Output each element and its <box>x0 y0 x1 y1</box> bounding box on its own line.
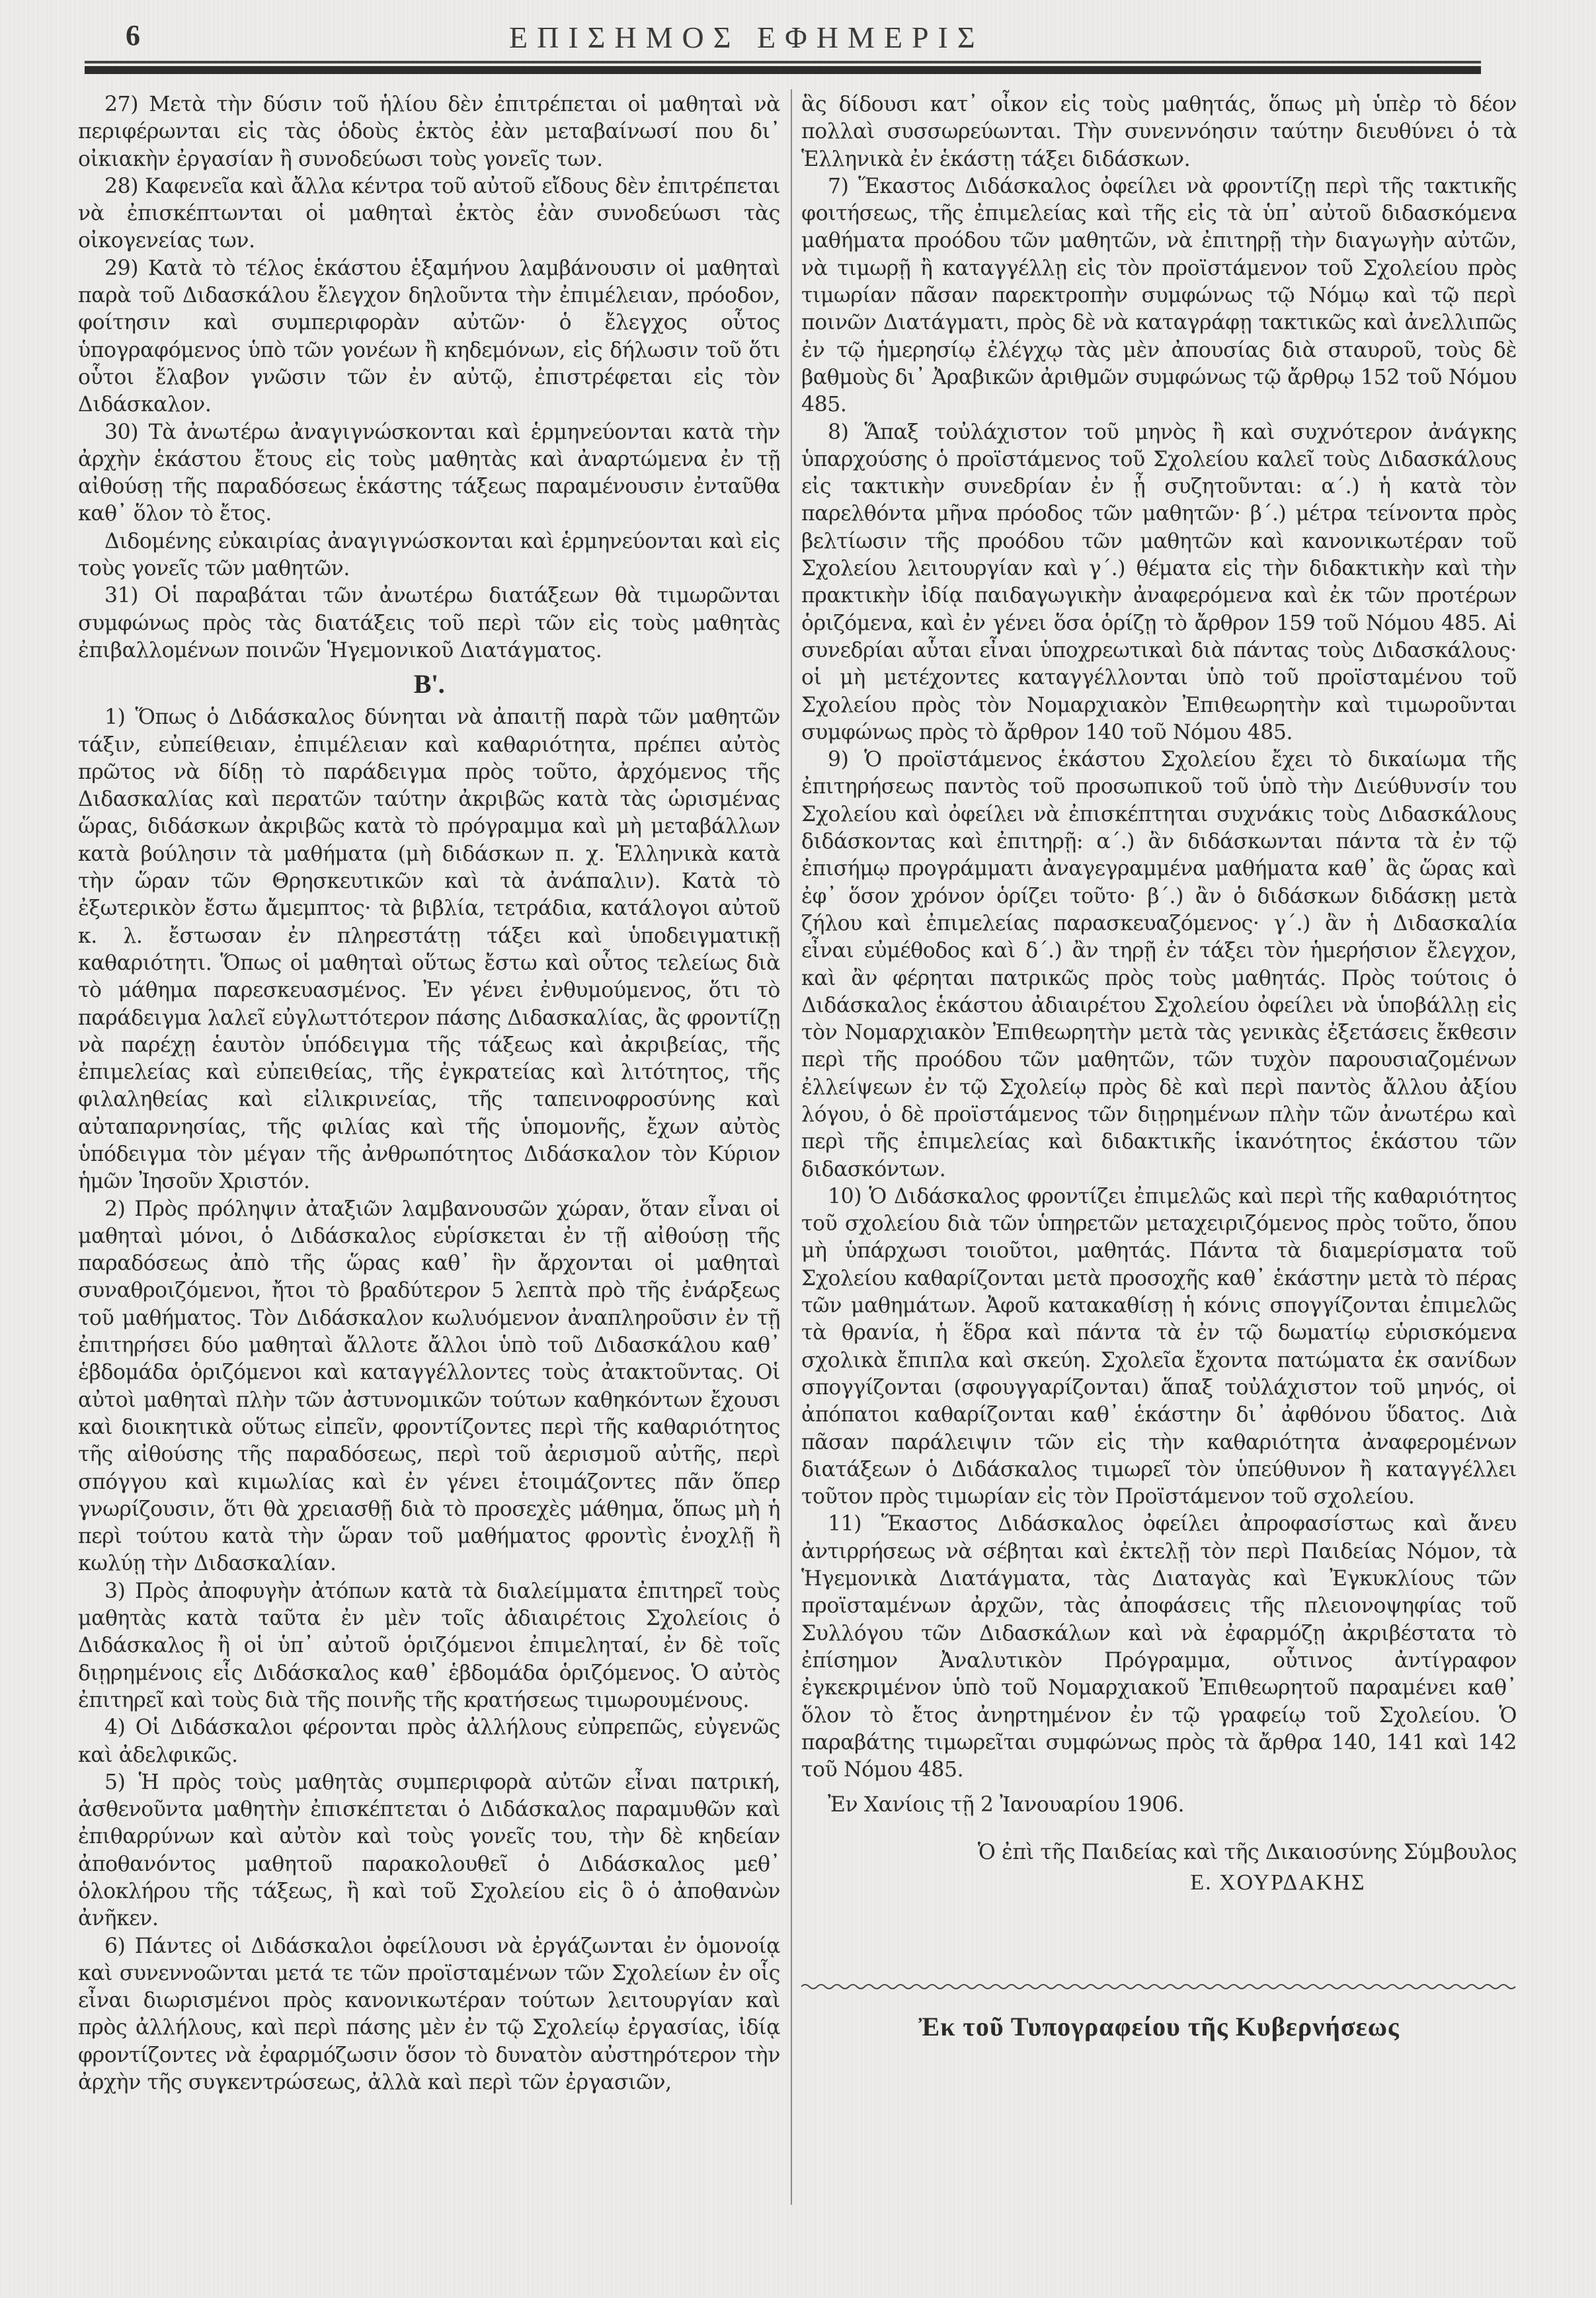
section-b-article-6: 6) Πάντες οἱ Διδάσκαλοι ὀφείλουσι νὰ ἐργ… <box>78 1933 780 2097</box>
section-b-article-3: 3) Πρὸς ἀποφυγὴν ἀτόπων κατὰ τὰ διαλείμμ… <box>78 1578 780 1714</box>
section-b-article-5: 5) Ἡ πρὸς τοὺς μαθητὰς συμπεριφορὰ αὐτῶν… <box>78 1769 780 1933</box>
section-b-article-10: 10) Ὁ Διδάσκαλος φροντίζει ἐπιμελῶς καὶ … <box>801 1183 1517 1511</box>
section-b-article-11: 11) Ἕκαστος Διδάσκαλος ὀφείλει ἀπροφασίσ… <box>801 1511 1517 1784</box>
wavy-rule-divider <box>801 1982 1517 1991</box>
section-b-article-9: 9) Ὁ προϊστάμενος ἑκάστου Σχολείου ἔχει … <box>801 746 1517 1183</box>
column-divider <box>791 89 792 2205</box>
article-27: 27) Μετὰ τὴν δύσιν τοῦ ἡλίου δὲν ἐπιτρέπ… <box>78 91 780 173</box>
page-number: 6 <box>126 19 140 52</box>
article-28: 28) Καφενεῖα καὶ ἄλλα κέντρα τοῦ αὐτοῦ ε… <box>78 173 780 255</box>
left-column: 27) Μετὰ τὴν δύσιν τοῦ ἡλίου δὲν ἐπιτρέπ… <box>78 91 780 2096</box>
section-b-article-4: 4) Οἱ Διδάσκαλοι φέρονται πρὸς ἀλλήλους … <box>78 1714 780 1769</box>
printer-colophon: Ἐκ τοῦ Τυπογραφείου τῆς Κυβερνήσεως <box>801 2007 1517 2047</box>
section-heading-b: Β'. <box>78 666 780 703</box>
article-31: 31) Οἱ παραβάται τῶν ἀνωτέρω διατάξεων θ… <box>78 582 780 664</box>
right-column: ἃς δίδουσι κατ᾽ οἶκον εἰς τοὺς μαθητάς, … <box>801 91 1517 2047</box>
header-rule-thick <box>85 66 1481 74</box>
date-line: Ἐν Χανίοις τῇ 2 Ἰανουαρίου 1906. <box>801 1792 1517 1819</box>
header-rule-thin <box>85 61 1481 63</box>
section-b-article-2: 2) Πρὸς πρόληψιν ἀταξιῶν λαμβανουσῶν χώρ… <box>78 1196 780 1578</box>
article-30-addendum: Διδομένης εὐκαιρίας ἀναγιγνώσκονται καὶ … <box>78 528 780 583</box>
signature-name: Ε. ΧΟΥΡΔΑΚΗΣ <box>801 1869 1517 1896</box>
article-30: 30) Τὰ ἀνωτέρω ἀναγιγνώσκονται καὶ ἑρμην… <box>78 419 780 528</box>
article-6-continuation: ἃς δίδουσι κατ᾽ οἶκον εἰς τοὺς μαθητάς, … <box>801 91 1517 173</box>
gazette-title: ΕΠΙΣΗΜΟΣ ΕΦΗΜΕΡΙΣ <box>509 20 984 55</box>
section-b-article-1: 1) Ὅπως ὁ Διδάσκαλος δύνηται νὰ ἀπαιτῇ π… <box>78 704 780 1195</box>
article-29: 29) Κατὰ τὸ τέλος ἑκάστου ἑξαμήνου λαμβά… <box>78 255 780 419</box>
page-header: 6 ΕΠΙΣΗΜΟΣ ΕΦΗΜΕΡΙΣ <box>0 0 1596 86</box>
signature-title: Ὁ ἐπὶ τῆς Παιδείας καὶ τῆς Δικαιοσύνης Σ… <box>801 1839 1517 1866</box>
header-double-rule <box>85 61 1481 77</box>
section-b-article-7: 7) Ἕκαστος Διδάσκαλος ὀφείλει νὰ φροντίζ… <box>801 173 1517 419</box>
section-b-article-8: 8) Ἅπαξ τοὐλάχιστον τοῦ μηνὸς ἢ καὶ συχν… <box>801 419 1517 747</box>
